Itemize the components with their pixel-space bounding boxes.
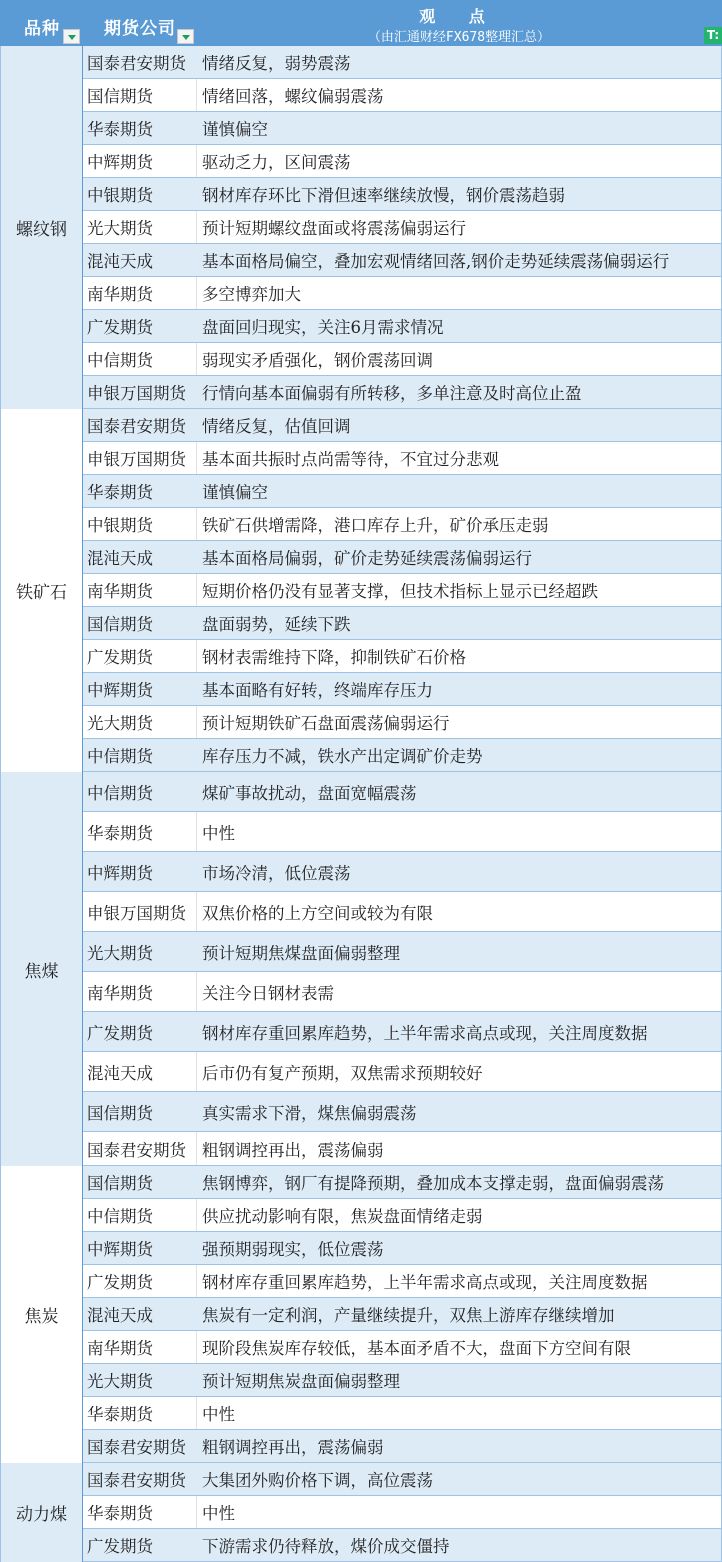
view-cell[interactable]: 铁矿石供增需降，港口库存上升，矿价承压走弱 [197,508,722,540]
company-filter-dropdown-icon[interactable] [177,29,194,44]
table-row[interactable]: 光大期货预计短期铁矿石盘面震荡偏弱运行 [83,706,722,739]
view-cell[interactable]: 强预期弱现实，低位震荡 [197,1232,722,1264]
company-cell[interactable]: 光大期货 [83,706,197,738]
active-filter-icon[interactable]: T: [704,27,722,44]
table-row[interactable]: 华泰期货中性 [83,1397,722,1430]
view-cell[interactable]: 库存压力不减，铁水产出定调矿价走势 [197,739,722,771]
header-company-label: 期货公司 [104,14,176,39]
table-row[interactable]: 中辉期货市场冷清，低位震荡 [83,852,722,892]
header-variety: 品种 [0,0,82,45]
company-cell[interactable]: 中信期货 [83,343,197,375]
header-view-subtitle: （由汇通财经FX678整理汇总） [196,26,722,45]
view-cell[interactable]: 情绪反复，弱势震荡 [197,46,722,78]
view-cell[interactable]: 盘面回归现实，关注6月需求情况 [197,310,722,342]
company-cell[interactable]: 光大期货 [83,1364,197,1396]
variety-filter-dropdown-icon[interactable] [63,29,80,44]
variety-name: 螺纹钢 [1,46,83,409]
view-cell[interactable]: 粗钢调控再出，震荡偏弱 [197,1430,722,1462]
view-cell[interactable]: 谨慎偏空 [197,475,722,507]
variety-name: 动力煤 [1,1463,83,1562]
company-cell[interactable]: 中信期货 [83,739,197,771]
company-cell[interactable]: 广发期货 [83,310,197,342]
company-cell[interactable]: 中辉期货 [83,852,197,891]
company-cell[interactable]: 广发期货 [83,1012,197,1051]
view-cell[interactable]: 大集团外购价格下调，高位震荡 [197,1463,722,1495]
company-cell[interactable]: 光大期货 [83,932,197,971]
view-cell[interactable]: 焦炭有一定利润，产量继续提升，双焦上游库存继续增加 [197,1298,722,1330]
variety-name: 铁矿石 [1,409,83,772]
view-cell[interactable]: 粗钢调控再出，震荡偏弱 [197,1132,722,1165]
view-cell[interactable]: 钢材库存重回累库趋势，上半年需求高点或现，关注周度数据 [197,1265,722,1297]
company-cell[interactable]: 申银万国期货 [83,892,197,931]
view-cell[interactable]: 基本面格局偏空，叠加宏观情绪回落,钢价走势延续震荡偏弱运行 [197,244,722,276]
view-cell[interactable]: 驱动乏力，区间震荡 [197,145,722,177]
table-row[interactable]: 光大期货预计短期螺纹盘面或将震荡偏弱运行 [83,211,722,244]
view-cell[interactable]: 预计短期焦炭盘面偏弱整理 [197,1364,722,1396]
view-cell[interactable]: 现阶段焦炭库存较低，基本面矛盾不大，盘面下方空间有限 [197,1331,722,1363]
table-row[interactable]: 中辉期货强预期弱现实，低位震荡 [83,1232,722,1265]
view-cell[interactable]: 基本面格局偏弱，矿价走势延续震荡偏弱运行 [197,541,722,573]
variety-rows: 中信期货煤矿事故扰动，盘面宽幅震荡华泰期货中性中辉期货市场冷清，低位震荡申银万国… [83,772,722,1166]
company-cell[interactable]: 南华期货 [83,277,197,309]
company-cell[interactable]: 申银万国期货 [83,376,197,408]
view-cell[interactable]: 煤矿事故扰动，盘面宽幅震荡 [197,772,722,811]
view-cell[interactable]: 基本面略有好转，终端库存压力 [197,673,722,705]
variety-name: 焦炭 [1,1166,83,1463]
view-cell[interactable]: 短期价格仍没有显著支撑，但技术指标上显示已经超跌 [197,574,722,606]
company-cell[interactable]: 混沌天成 [83,541,197,573]
view-cell[interactable]: 盘面弱势，延续下跌 [197,607,722,639]
company-cell[interactable]: 国信期货 [83,1166,197,1198]
view-cell[interactable]: 供应扰动影响有限，焦炭盘面情绪走弱 [197,1199,722,1231]
table-row[interactable]: 国信期货真实需求下滑，煤焦偏弱震荡 [83,1092,722,1132]
table-row[interactable]: 申银万国期货行情向基本面偏弱有所转移，多单注意及时高位止盈 [83,376,722,409]
futures-views-table: 品种 期货公司 观 点 （由汇通财经FX678整理汇总） T: 螺纹钢国泰君安期… [0,0,722,1562]
table-row[interactable]: 国信期货焦钢博弈，钢厂有提降预期，叠加成本支撑走弱，盘面偏弱震荡 [83,1166,722,1199]
company-cell[interactable]: 华泰期货 [83,1496,197,1528]
company-cell[interactable]: 国信期货 [83,79,197,111]
table-row[interactable]: 中辉期货驱动乏力，区间震荡 [83,145,722,178]
table-row[interactable]: 广发期货盘面回归现实，关注6月需求情况 [83,310,722,343]
variety-group: 焦煤中信期货煤矿事故扰动，盘面宽幅震荡华泰期货中性中辉期货市场冷清，低位震荡申银… [0,772,722,1166]
table-row[interactable]: 中银期货铁矿石供增需降，港口库存上升，矿价承压走弱 [83,508,722,541]
table-row[interactable]: 华泰期货中性 [83,1496,722,1529]
table-row[interactable]: 华泰期货谨慎偏空 [83,112,722,145]
table-row[interactable]: 华泰期货中性 [83,812,722,852]
view-cell[interactable]: 基本面共振时点尚需等待，不宜过分悲观 [197,442,722,474]
table-row[interactable]: 广发期货钢材表需维持下降，抑制铁矿石价格 [83,640,722,673]
table-row[interactable]: 中银期货钢材库存环比下滑但速率继续放慢，钢价震荡趋弱 [83,178,722,211]
company-cell[interactable]: 混沌天成 [83,244,197,276]
variety-group: 动力煤国泰君安期货大集团外购价格下调，高位震荡华泰期货中性广发期货下游需求仍待释… [0,1463,722,1562]
table-row[interactable]: 中辉期货基本面略有好转，终端库存压力 [83,673,722,706]
view-cell[interactable]: 多空博弈加大 [197,277,722,309]
variety-group: 铁矿石国泰君安期货情绪反复，估值回调申银万国期货基本面共振时点尚需等待，不宜过分… [0,409,722,772]
header-company: 期货公司 [82,0,196,45]
company-cell[interactable]: 华泰期货 [83,812,197,851]
table-row[interactable]: 南华期货关注今日钢材表需 [83,972,722,1012]
view-cell[interactable]: 后市仍有复产预期，双焦需求预期较好 [197,1052,722,1091]
company-cell[interactable]: 广发期货 [83,1529,197,1561]
company-cell[interactable]: 广发期货 [83,1265,197,1297]
company-cell[interactable]: 中辉期货 [83,1232,197,1264]
company-cell[interactable]: 国泰君安期货 [83,1430,197,1462]
table-row[interactable]: 南华期货现阶段焦炭库存较低，基本面矛盾不大，盘面下方空间有限 [83,1331,722,1364]
table-row[interactable]: 混沌天成焦炭有一定利润，产量继续提升，双焦上游库存继续增加 [83,1298,722,1331]
view-cell[interactable]: 下游需求仍待释放，煤价成交僵持 [197,1529,722,1561]
company-cell[interactable]: 南华期货 [83,972,197,1011]
view-cell[interactable]: 情绪反复，估值回调 [197,409,722,441]
variety-name: 焦煤 [1,772,83,1166]
table-row[interactable]: 光大期货预计短期焦煤盘面偏弱整理 [83,932,722,972]
view-cell[interactable]: 情绪回落，螺纹偏弱震荡 [197,79,722,111]
view-cell[interactable]: 焦钢博弈，钢厂有提降预期，叠加成本支撑走弱，盘面偏弱震荡 [197,1166,722,1198]
table-row[interactable]: 中信期货弱现实矛盾强化，钢价震荡回调 [83,343,722,376]
table-row[interactable]: 中信期货库存压力不减，铁水产出定调矿价走势 [83,739,722,772]
view-cell[interactable]: 中性 [197,1397,722,1429]
company-cell[interactable]: 混沌天成 [83,1052,197,1091]
table-row[interactable]: 国泰君安期货粗钢调控再出，震荡偏弱 [83,1430,722,1463]
variety-group: 焦炭国信期货焦钢博弈，钢厂有提降预期，叠加成本支撑走弱，盘面偏弱震荡中信期货供应… [0,1166,722,1463]
table-row[interactable]: 国信期货盘面弱势，延续下跌 [83,607,722,640]
view-cell[interactable]: 行情向基本面偏弱有所转移，多单注意及时高位止盈 [197,376,722,408]
table-row[interactable]: 中信期货煤矿事故扰动，盘面宽幅震荡 [83,772,722,812]
view-cell[interactable]: 预计短期焦煤盘面偏弱整理 [197,932,722,971]
view-cell[interactable]: 中性 [197,812,722,851]
view-cell[interactable]: 弱现实矛盾强化，钢价震荡回调 [197,343,722,375]
table-row[interactable]: 国泰君安期货情绪反复，弱势震荡 [83,46,722,79]
view-cell[interactable]: 钢材库存重回累库趋势，上半年需求高点或现，关注周度数据 [197,1012,722,1051]
company-cell[interactable]: 华泰期货 [83,112,197,144]
view-cell[interactable]: 预计短期铁矿石盘面震荡偏弱运行 [197,706,722,738]
table-row[interactable]: 混沌天成后市仍有复产预期，双焦需求预期较好 [83,1052,722,1092]
variety-rows: 国泰君安期货情绪反复，弱势震荡国信期货情绪回落，螺纹偏弱震荡华泰期货谨慎偏空中辉… [83,46,722,409]
table-row[interactable]: 广发期货钢材库存重回累库趋势，上半年需求高点或现，关注周度数据 [83,1012,722,1052]
view-cell[interactable]: 市场冷清，低位震荡 [197,852,722,891]
table-row[interactable]: 混沌天成基本面格局偏弱，矿价走势延续震荡偏弱运行 [83,541,722,574]
table-row[interactable]: 中信期货供应扰动影响有限，焦炭盘面情绪走弱 [83,1199,722,1232]
company-cell[interactable]: 国泰君安期货 [83,46,197,78]
company-cell[interactable]: 中银期货 [83,178,197,210]
view-cell[interactable]: 真实需求下滑，煤焦偏弱震荡 [197,1092,722,1131]
table-row[interactable]: 国信期货情绪回落，螺纹偏弱震荡 [83,79,722,112]
company-cell[interactable]: 华泰期货 [83,1397,197,1429]
table-header: 品种 期货公司 观 点 （由汇通财经FX678整理汇总） T: [0,0,722,46]
company-cell[interactable]: 混沌天成 [83,1298,197,1330]
company-cell[interactable]: 中信期货 [83,1199,197,1231]
company-cell[interactable]: 中辉期货 [83,673,197,705]
view-cell[interactable]: 谨慎偏空 [197,112,722,144]
view-cell[interactable]: 关注今日钢材表需 [197,972,722,1011]
company-cell[interactable]: 国泰君安期货 [83,1132,197,1165]
view-cell[interactable]: 钢材库存环比下滑但速率继续放慢，钢价震荡趋弱 [197,178,722,210]
table-row[interactable]: 华泰期货谨慎偏空 [83,475,722,508]
company-cell[interactable]: 中辉期货 [83,145,197,177]
table-row[interactable]: 国泰君安期货粗钢调控再出，震荡偏弱 [83,1132,722,1166]
company-cell[interactable]: 光大期货 [83,211,197,243]
table-row[interactable]: 申银万国期货双焦价格的上方空间或较为有限 [83,892,722,932]
company-cell[interactable]: 国信期货 [83,1092,197,1131]
company-cell[interactable]: 国信期货 [83,607,197,639]
table-row[interactable]: 混沌天成基本面格局偏空，叠加宏观情绪回落,钢价走势延续震荡偏弱运行 [83,244,722,277]
view-cell[interactable]: 双焦价格的上方空间或较为有限 [197,892,722,931]
variety-rows: 国信期货焦钢博弈，钢厂有提降预期，叠加成本支撑走弱，盘面偏弱震荡中信期货供应扰动… [83,1166,722,1463]
company-cell[interactable]: 中信期货 [83,772,197,811]
view-cell[interactable]: 钢材表需维持下降，抑制铁矿石价格 [197,640,722,672]
table-row[interactable]: 国泰君安期货大集团外购价格下调，高位震荡 [83,1463,722,1496]
table-body: 螺纹钢国泰君安期货情绪反复，弱势震荡国信期货情绪回落，螺纹偏弱震荡华泰期货谨慎偏… [0,46,722,1562]
variety-group: 螺纹钢国泰君安期货情绪反复，弱势震荡国信期货情绪回落，螺纹偏弱震荡华泰期货谨慎偏… [0,46,722,409]
company-cell[interactable]: 申银万国期货 [83,442,197,474]
company-cell[interactable]: 南华期货 [83,1331,197,1363]
company-cell[interactable]: 南华期货 [83,574,197,606]
header-variety-label: 品种 [24,14,60,39]
header-view: 观 点 （由汇通财经FX678整理汇总） T: [196,0,722,45]
view-cell[interactable]: 预计短期螺纹盘面或将震荡偏弱运行 [197,211,722,243]
header-view-label: 观 点 [196,4,722,27]
table-row[interactable]: 光大期货预计短期焦炭盘面偏弱整理 [83,1364,722,1397]
variety-rows: 国泰君安期货情绪反复，估值回调申银万国期货基本面共振时点尚需等待，不宜过分悲观华… [83,409,722,772]
table-row[interactable]: 国泰君安期货情绪反复，估值回调 [83,409,722,442]
company-cell[interactable]: 国泰君安期货 [83,1463,197,1495]
company-cell[interactable]: 中银期货 [83,508,197,540]
table-row[interactable]: 申银万国期货基本面共振时点尚需等待，不宜过分悲观 [83,442,722,475]
company-cell[interactable]: 华泰期货 [83,475,197,507]
company-cell[interactable]: 广发期货 [83,640,197,672]
table-row[interactable]: 南华期货短期价格仍没有显著支撑，但技术指标上显示已经超跌 [83,574,722,607]
variety-rows: 国泰君安期货大集团外购价格下调，高位震荡华泰期货中性广发期货下游需求仍待释放，煤… [83,1463,722,1562]
table-row[interactable]: 广发期货下游需求仍待释放，煤价成交僵持 [83,1529,722,1562]
table-row[interactable]: 广发期货钢材库存重回累库趋势，上半年需求高点或现，关注周度数据 [83,1265,722,1298]
table-row[interactable]: 南华期货多空博弈加大 [83,277,722,310]
view-cell[interactable]: 中性 [197,1496,722,1528]
company-cell[interactable]: 国泰君安期货 [83,409,197,441]
